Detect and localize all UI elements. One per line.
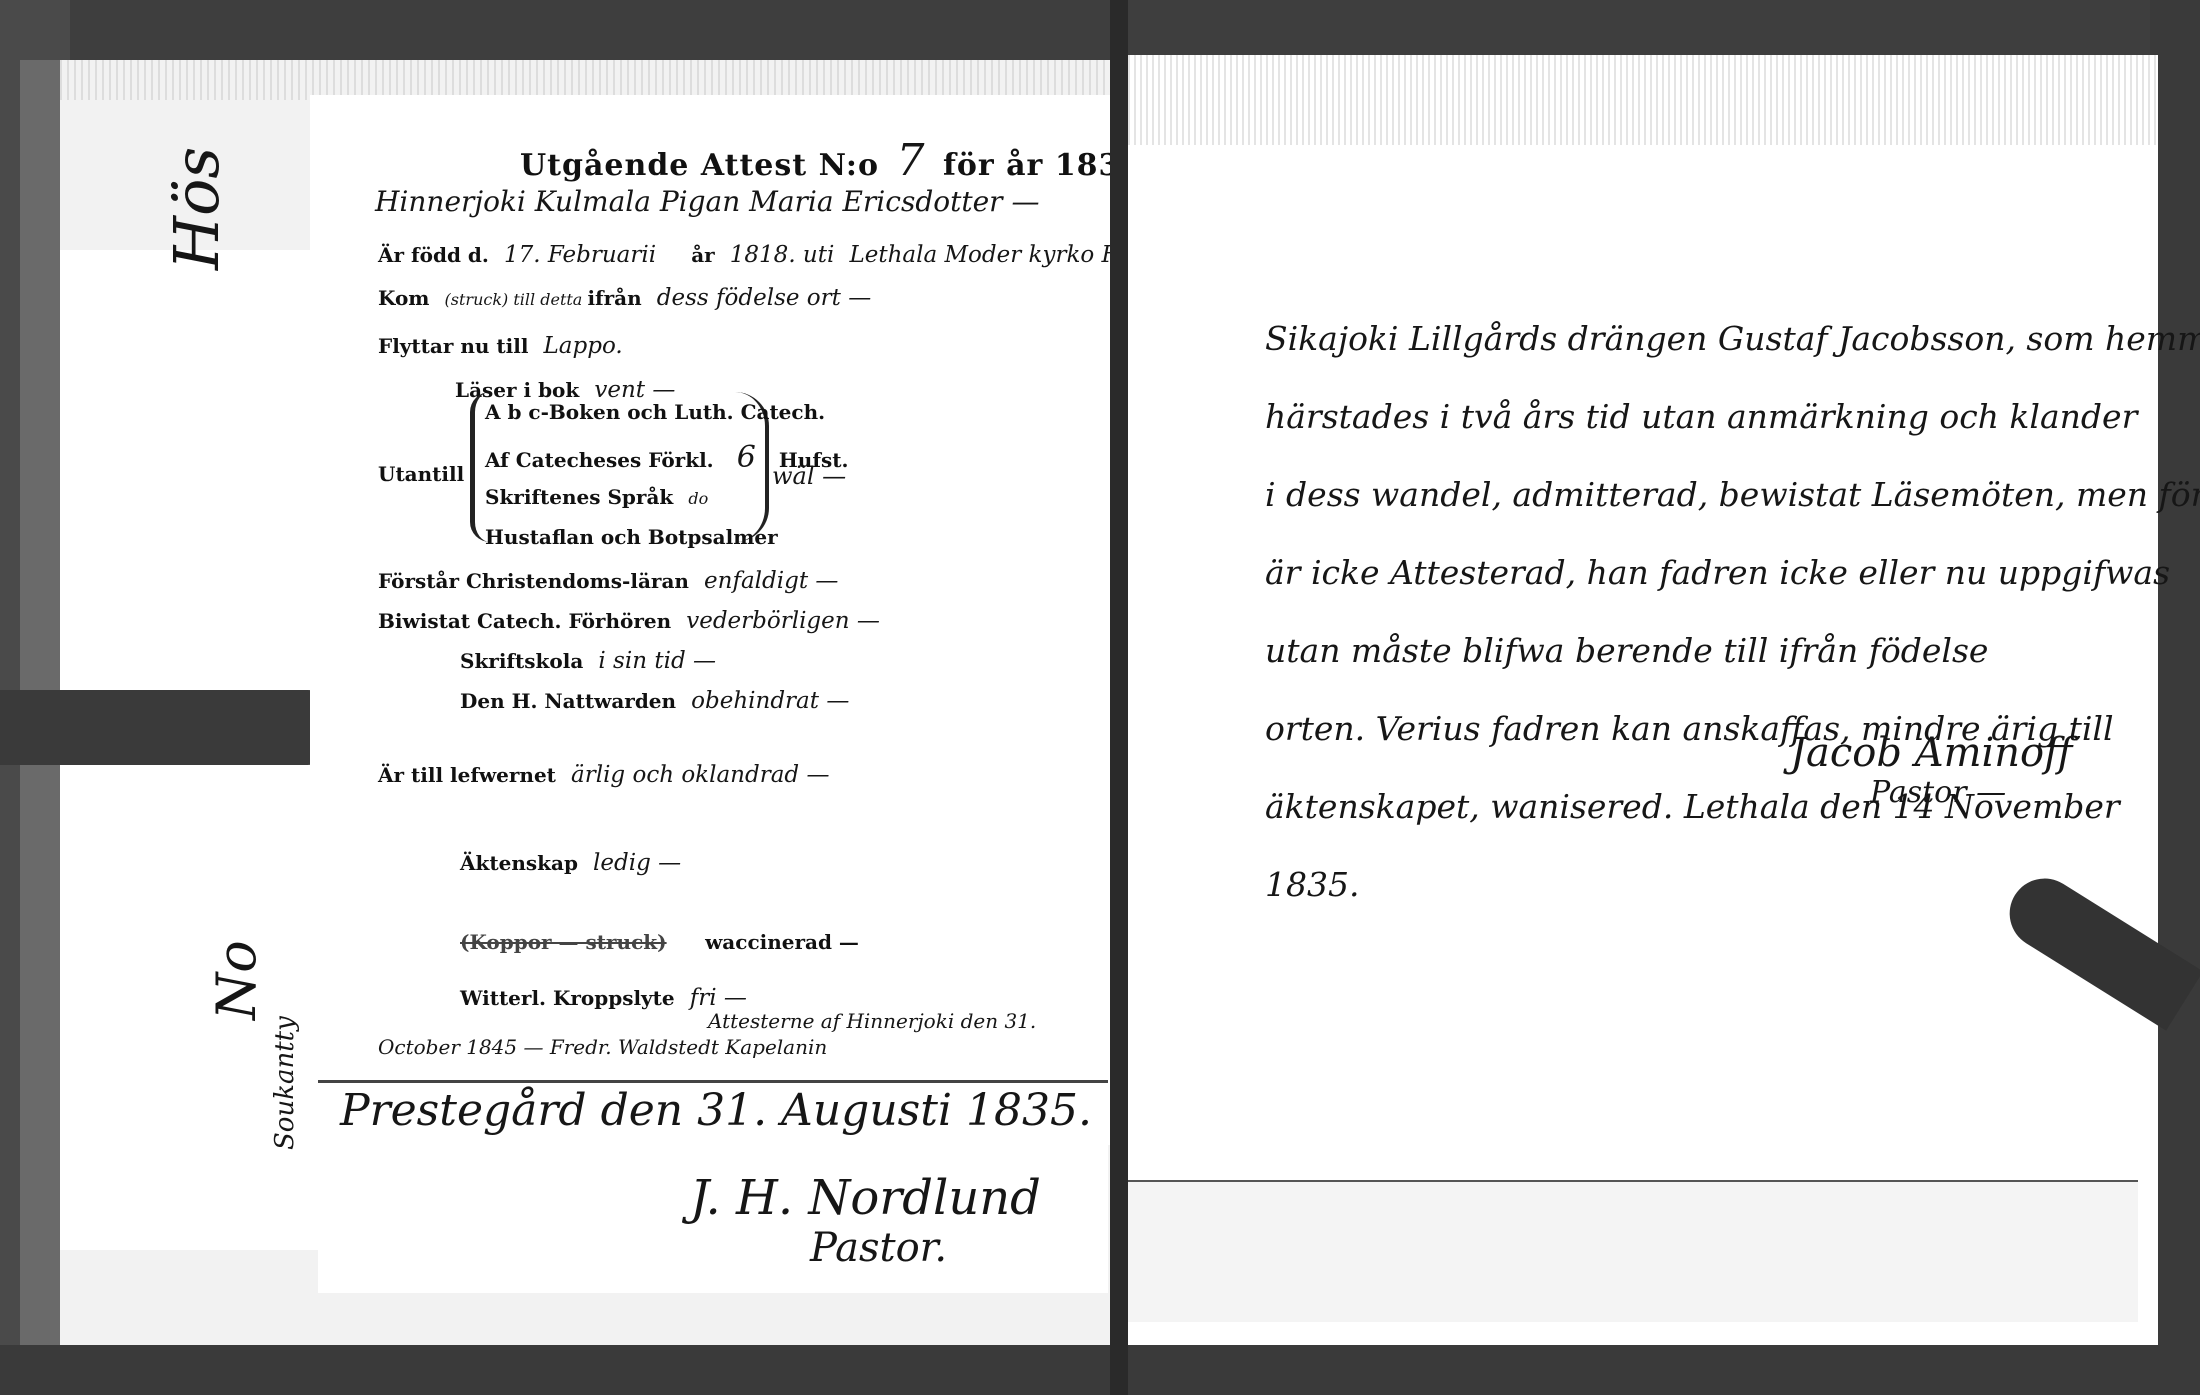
field-label: ifrån (587, 286, 641, 310)
form-title: Utgående Attest N:o 7 för år 1835. (520, 135, 1154, 186)
field-label-struck: (Koppor — struck) (460, 930, 660, 954)
field-value: ledig — (593, 850, 681, 876)
field-marriage: Äktenskap ledig — (460, 850, 681, 876)
utantill-item-label: Skriftenes Språk (485, 485, 673, 509)
utantill-grade: wäl — (772, 462, 846, 490)
margin-note-faint: Soukantty (270, 1016, 300, 1150)
bookmark-tab-left (0, 690, 345, 765)
field-label: Den H. Nattwarden (460, 689, 676, 713)
field-confirmation-school: Skriftskola i sin tid — (460, 648, 716, 674)
field-label: Förstår Christendoms-läran (378, 569, 689, 593)
field-value: obehindrat — (691, 688, 849, 714)
signature-place-date: Prestegård den 31. Augusti 1835. (340, 1085, 1092, 1136)
book-binding (1110, 0, 1128, 1395)
scan-background-bottom (0, 1345, 2200, 1395)
text-line: i dess wandel, admitterad, bewistat Läse… (1265, 456, 2145, 534)
field-value: 1818. uti (730, 242, 835, 268)
utantill-item: Hustaflan och Botpsalmer (485, 525, 778, 549)
field-value: enfaldigt — (704, 568, 838, 594)
right-page-lower-fold (1128, 1180, 2138, 1322)
field-value: i sin tid — (598, 648, 716, 674)
field-label: Kom (378, 286, 429, 310)
form-year-label: för år (943, 148, 1043, 183)
field-moves-to: Flyttar nu till Lappo. (378, 333, 623, 359)
field-came-from: Kom (struck) till detta ifrån dess födel… (378, 285, 871, 311)
margin-note-no: No (205, 940, 268, 1020)
field-conduct: Är till lefwernet ärlig och oklandrad — (378, 762, 829, 788)
text-line: är icke Attesterad, han fadren icke elle… (1265, 534, 2145, 612)
text-line: utan måste blifwa berende till ifrån föd… (1265, 612, 2145, 690)
field-label: Skriftskola (460, 649, 583, 673)
utantill-item: A b c-Boken och Luth. Catech. (485, 400, 825, 424)
right-page-text: Sikajoki Lillgårds drängen Gustaf Jacobs… (1265, 300, 2145, 924)
field-label: Äktenskap (460, 851, 578, 875)
right-page-top-edge (1128, 55, 2158, 145)
field-value: dess födelse ort — (657, 285, 871, 311)
utantill-item-value: do (688, 489, 708, 508)
annotation-attest: Attesterne af Hinnerjoki den 31. October… (378, 1008, 1078, 1060)
right-signature-title: Pastor — (1870, 775, 2006, 810)
utantill-item: Skriftenes Språk do (485, 485, 708, 509)
field-attended-catechism: Biwistat Catech. Förhören vederbörligen … (378, 608, 880, 634)
field-value: Lappo. (544, 333, 623, 359)
field-label: waccinerad — (705, 930, 859, 954)
field-value: (struck) till detta (445, 290, 583, 309)
field-label: år (691, 243, 715, 267)
utantill-item-label: A b c-Boken och Luth. Catech. (485, 400, 825, 424)
text-line: 1835. (1265, 846, 2145, 924)
text-line: Sikajoki Lillgårds drängen Gustaf Jacobs… (1265, 300, 2145, 378)
person-line: Hinnerjoki Kulmala Pigan Maria Ericsdott… (375, 185, 1039, 218)
form-number: 7 (896, 135, 925, 186)
text-line: härstades i två års tid utan anmärkning … (1265, 378, 2145, 456)
field-value: ärlig och oklandrad — (571, 762, 829, 788)
signature-title: Pastor. (810, 1225, 947, 1271)
utantill-item-label: Hustaflan och Botpsalmer (485, 525, 778, 549)
text-line: äktenskapet, wanisered. Lethala den 14 N… (1265, 768, 2145, 846)
field-label: Witterl. Kroppslyte (460, 986, 675, 1010)
field-value: vederbörligen — (686, 608, 880, 634)
utantill-item-label: Af Catecheses Förkl. (485, 448, 714, 472)
right-signature: Jacob Aminoff (1790, 730, 2072, 776)
form-title-prefix: Utgående Attest N:o (520, 148, 879, 183)
field-label: Biwistat Catech. Förhören (378, 609, 671, 633)
utantill-item-value: 6 (737, 440, 756, 475)
field-communion: Den H. Nattwarden obehindrat — (460, 688, 849, 714)
field-label: Är född d. (378, 243, 489, 267)
signature-name: J. H. Nordlund (690, 1170, 1041, 1226)
field-label: Är till lefwernet (378, 763, 556, 787)
margin-note-hos: Hös (160, 147, 233, 270)
field-label: Flyttar nu till (378, 334, 528, 358)
field-understands: Förstår Christendoms-läran enfaldigt — (378, 568, 838, 594)
field-vaccinated: (Koppor — struck) waccinerad — (460, 930, 859, 954)
utantill-label: Utantill (378, 462, 464, 486)
field-value: 17. Februarii (504, 242, 656, 268)
